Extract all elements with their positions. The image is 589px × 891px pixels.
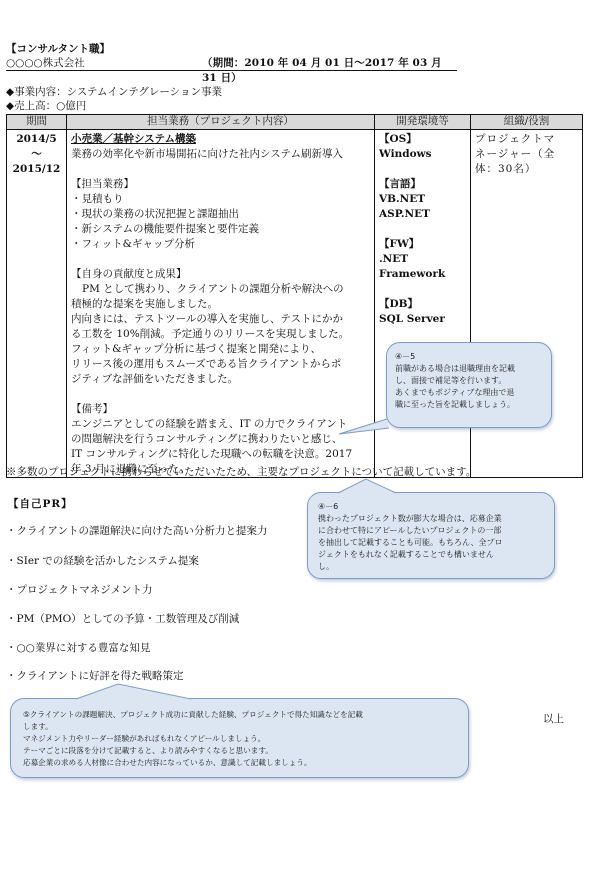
duty-item: ・新システムの機能要件提案と要件定義 <box>71 222 370 237</box>
duty-item: ・現状の業務の状況把握と課題抽出 <box>71 207 370 222</box>
callout-line: ⑤クライアントの課題解決、プロジェクト成功に貢献した経験、プロジェクトで得た知識… <box>23 709 456 721</box>
company-line: ○○○○株式会社 （期間：2010 年 04 月 01 日〜2017 年 03 … <box>6 56 457 71</box>
callout-line: ジェクトをもれなく記載することでも構いません <box>318 549 544 561</box>
callout-label: ④－5 <box>395 351 543 363</box>
self-pr-item: ・クライアントに好評を得た戦略策定 <box>6 669 183 684</box>
duties-cell: 小売業／基幹システム構築 業務の効率化や新市場開拓に向けた社内システム刷新導入 … <box>67 130 375 478</box>
role-line: 体：30名） <box>475 162 578 177</box>
company-name: ○○○○株式会社 <box>6 56 85 71</box>
results-line: 積極的な提案を実施しました。 <box>71 297 370 312</box>
results-line: PM として携わり、クライアントの課題分析や解決への <box>71 282 370 297</box>
callout-5: ⑤クライアントの課題解決、プロジェクト成功に貢献した経験、プロジェクトで得た知識… <box>10 698 469 778</box>
callout-line: に合わせて特にアピールしたいプロジェクトの一部 <box>318 525 544 537</box>
callout-line: 応募企業の求める人材像に合わせた内容になっているか、意識して記載しましょう。 <box>23 757 456 769</box>
self-pr-item: ・SIer での経験を活かしたシステム提案 <box>6 554 199 569</box>
duties-heading: 【担当業務】 <box>71 177 370 192</box>
self-pr-item: ・クライアントの課題解決に向けた高い分析力と提案力 <box>6 524 267 539</box>
remarks-line: エンジニアとしての経験を踏まえ、IT の力でクライアント <box>71 417 370 432</box>
env-heading-database: 【DB】 <box>379 297 466 312</box>
callout-label: ④－6 <box>318 501 544 513</box>
business-content: ◆事業内容：システムインテグレーション事業 <box>6 85 222 100</box>
env-value: Windows <box>379 147 466 162</box>
results-line: ジティブな評価をいただきました。 <box>71 372 370 387</box>
callout-line: あくまでもポジティブな理由で退 <box>395 387 543 399</box>
env-heading-os: 【OS】 <box>379 132 466 147</box>
callout-line: を抽出して記載することも可能。もちろん、全プロ <box>318 537 544 549</box>
duty-item: ・フィット&ギャップ分析 <box>71 237 370 252</box>
results-line: フィット&ギャップ分析に基づく提案と開発により、 <box>71 342 370 357</box>
projects-note: ※多数のプロジェクトに携わらせていただいたため、主要なプロジェクトについて記載し… <box>6 465 476 480</box>
callout-line: します。 <box>23 721 456 733</box>
callout-line: し、面接で補足等を行います。 <box>395 375 543 387</box>
project-description: 業務の効率化や新市場開拓に向けた社内システム刷新導入 <box>71 147 370 162</box>
column-header-role: 組織/役割 <box>471 115 583 130</box>
results-line: る工数を 10%削減。予定通りのリリースを実現しました。 <box>71 327 370 342</box>
period-start: 2014/5 <box>7 132 66 147</box>
remarks-line: の問題解決を行うコンサルティングに携わりたいと感じ、 <box>71 432 370 447</box>
period-cell: 2014/5 〜 2015/12 <box>7 130 67 478</box>
self-pr-heading: 【自己PR】 <box>8 497 73 512</box>
callout-line: し。 <box>318 561 544 573</box>
column-header-period: 期間 <box>7 115 67 130</box>
sales-amount: ◆売上高：○億円 <box>6 99 86 114</box>
env-value: VB.NET <box>379 192 466 207</box>
period-end: 2015/12 <box>7 162 66 177</box>
env-value: ASP.NET <box>379 207 466 222</box>
callout-4-6: ④－6 携わったプロジェクト数が膨大な場合は、応募企業 に合わせて特にアピールし… <box>307 492 555 579</box>
role-line: プロジェクトマ <box>475 132 578 147</box>
remarks-line: IT コンサルティングに特化した現職への転職を決意。2017 <box>71 447 370 462</box>
job-type-heading: 【コンサルタント職】 <box>6 42 110 57</box>
results-line: 内向きには、テストツールの導入を実施し、テストにかか <box>71 312 370 327</box>
column-header-environment: 開発環境等 <box>375 115 471 130</box>
env-heading-framework: 【FW】 <box>379 237 466 252</box>
period-separator: 〜 <box>7 147 66 162</box>
env-value: Framework <box>379 267 466 282</box>
callout-line: 職に至った旨を記載しましょう。 <box>395 399 543 411</box>
self-pr-item: ・プロジェクトマネジメント力 <box>6 583 152 598</box>
table-header-row: 期間 担当業務（プロジェクト内容） 開発環境等 組織/役割 <box>7 115 583 130</box>
callout-line: 前職がある場合は退職理由を記載 <box>395 363 543 375</box>
role-line: ネージャー（全 <box>475 147 578 162</box>
callout-pointer <box>339 417 389 437</box>
remarks-heading: 【備考】 <box>71 402 370 417</box>
closing-text: 以上 <box>543 712 564 727</box>
employment-period: （期間：2010 年 04 月 01 日〜2017 年 03 月 31 日） <box>202 56 457 86</box>
callout-pointer <box>338 479 398 499</box>
results-line: リリース後の運用もスムーズである旨クライアントからポ <box>71 357 370 372</box>
callout-4-5: ④－5 前職がある場合は退職理由を記載 し、面接で補足等を行います。 あくまでも… <box>386 342 552 428</box>
project-title: 小売業／基幹システム構築 <box>71 132 370 147</box>
callout-line: マネジメント力やリーダー経験があればもれなくアピールしましょう。 <box>23 733 456 745</box>
callout-line: 携わったプロジェクト数が膨大な場合は、応募企業 <box>318 513 544 525</box>
self-pr-item: ・PM（PMO）としての予算・工数管理及び削減 <box>6 612 239 627</box>
duty-item: ・見積もり <box>71 192 370 207</box>
env-value: SQL Server <box>379 312 466 327</box>
env-value: .NET <box>379 252 466 267</box>
results-heading: 【自身の貢献度と成果】 <box>71 267 370 282</box>
column-header-duties: 担当業務（プロジェクト内容） <box>67 115 375 130</box>
self-pr-item: ・○○業界に対する豊富な知見 <box>6 641 150 656</box>
env-heading-language: 【言語】 <box>379 177 466 192</box>
callout-pointer <box>76 684 196 704</box>
callout-line: テーマごとに段落を分けて記載すると、より読みやすくなると思います。 <box>23 745 456 757</box>
